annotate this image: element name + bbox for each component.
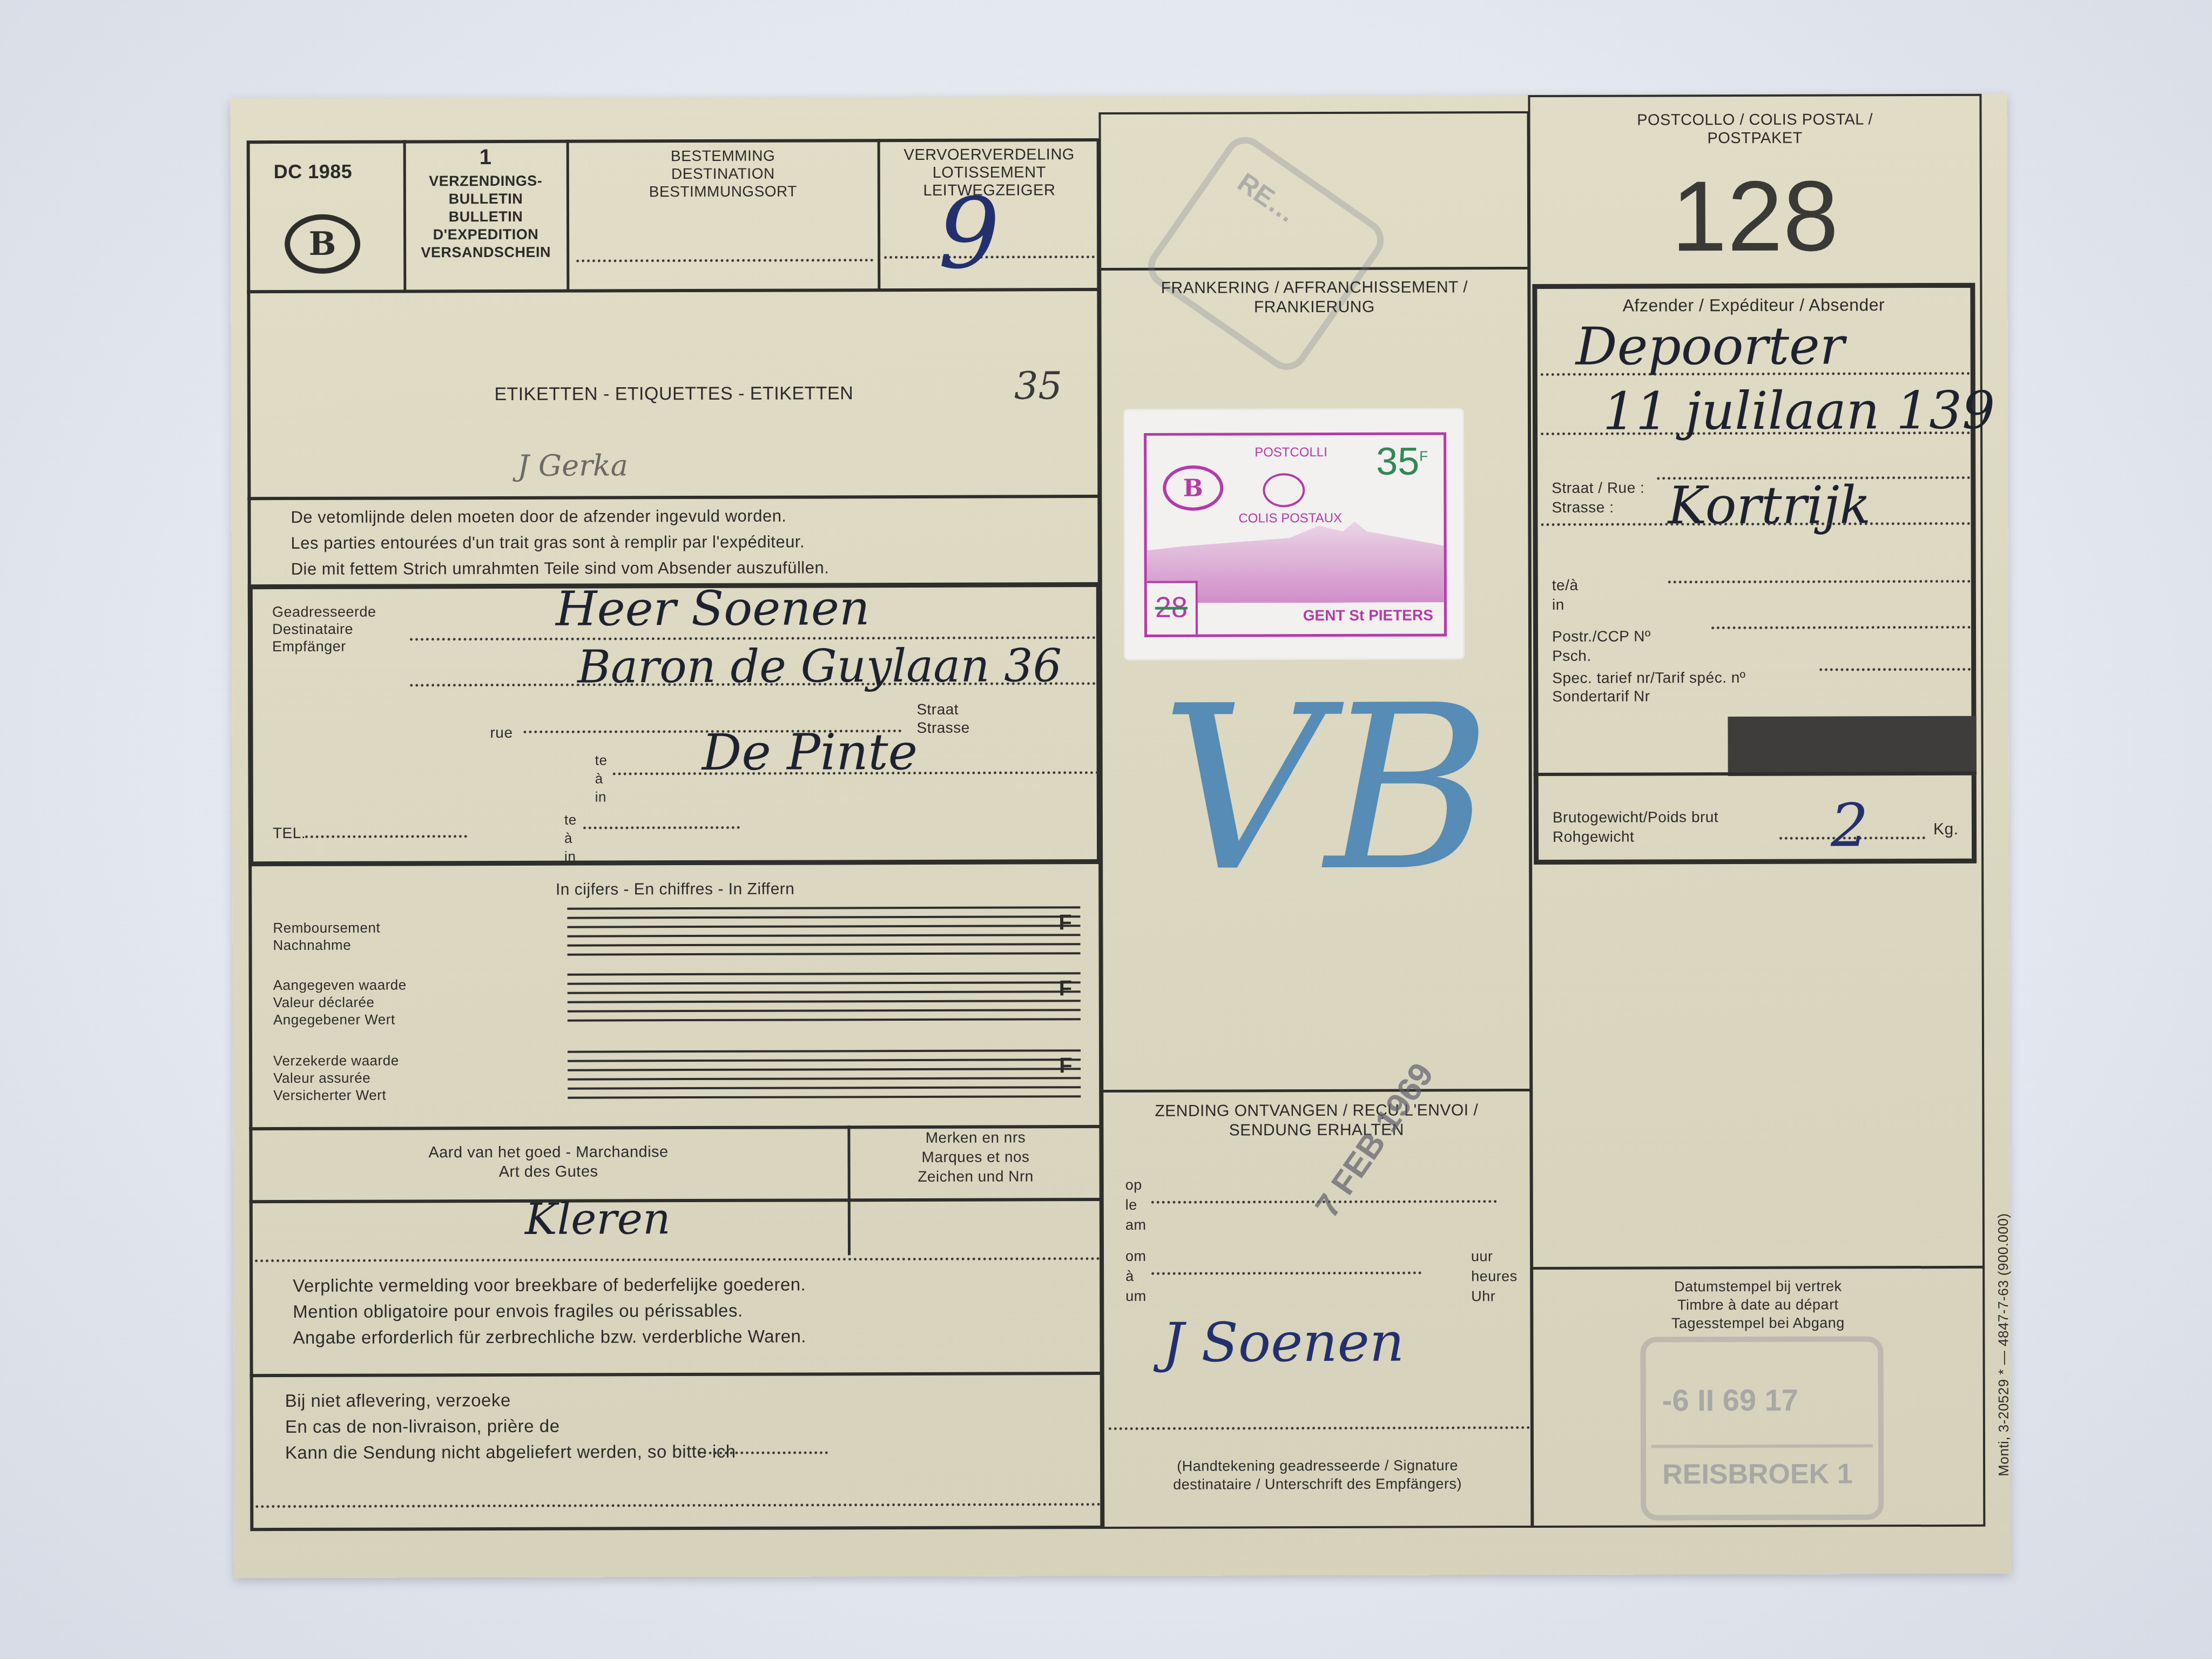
- instruction-line: Kann die Sendung nicht abgeliefert werde…: [285, 1439, 736, 1466]
- label-line: Uhr: [1471, 1286, 1518, 1306]
- label-line: Sondertarif Nr: [1552, 687, 1745, 706]
- tariff-field[interactable]: [1819, 668, 1971, 671]
- pencil-mark: VB: [1161, 657, 1492, 922]
- time-unit-label: uur heures Uhr: [1471, 1246, 1518, 1306]
- label-line: POSTPAKET: [1528, 129, 1982, 148]
- departure-stamp-label: Datumstempel bij vertrek Timbre à date a…: [1531, 1277, 1985, 1333]
- label-line: POSTCOLLO / COLIS POSTAL /: [1528, 110, 1981, 130]
- label-line: Destinataire: [272, 621, 376, 638]
- parcel-dispatch-form: DC 1985 B 1 VERZENDINGS- BULLETIN BULLET…: [230, 94, 2011, 1579]
- sncb-logo-icon: B: [1163, 465, 1223, 510]
- printer-imprint: Monti, 3-20529 * — 4847-7-63 (900.000): [1995, 1213, 2012, 1476]
- label-line: à: [564, 829, 577, 847]
- recipient-name: Heer Soenen: [556, 580, 870, 637]
- postmark-rule: [1651, 1444, 1873, 1448]
- label-line: Rohgewicht: [1553, 827, 1718, 847]
- instruction-line: De vetomlijnde delen moeten door de afze…: [291, 503, 829, 530]
- tel-city-field[interactable]: [583, 826, 740, 829]
- instruction-line: Die mit fettem Strich umrahmten Teile si…: [291, 555, 829, 582]
- label-line: ZENDING ONTVANGEN / REÇU L'ENVOI /: [1101, 1101, 1532, 1121]
- label-line: om: [1125, 1246, 1147, 1266]
- tariff-label: Spec. tarief nr/Tarif spéc. nº Sondertar…: [1552, 669, 1745, 706]
- label-line: Remboursement: [273, 919, 380, 937]
- destination-label: BESTEMMING DESTINATION BESTIMMUNGSORT: [570, 146, 876, 200]
- post-horn-icon: [1263, 473, 1305, 507]
- currency-label: F: [1059, 976, 1073, 1001]
- stamp-station: GENT St PIETERS: [1303, 606, 1433, 624]
- label-line: Verzekerde waarde: [273, 1052, 399, 1070]
- instructions: De vetomlijnde delen moeten door de afze…: [291, 503, 829, 582]
- parcel-number: 128: [1528, 159, 1982, 274]
- label-line: am: [1125, 1215, 1147, 1235]
- label-line: le: [1125, 1195, 1147, 1215]
- tel-city-label: te à in: [564, 811, 577, 866]
- value: 35: [1376, 440, 1419, 483]
- departure-postmark-place: REISBROEK 1: [1662, 1458, 1853, 1491]
- label-line: à: [1125, 1266, 1147, 1286]
- stamp-value-new: 35F: [1376, 440, 1428, 484]
- label-line: Brutogewicht/Poids brut: [1553, 807, 1718, 827]
- receipt-title: ZENDING ONTVANGEN / REÇU L'ENVOI / SENDU…: [1101, 1101, 1532, 1141]
- notice-line: Angabe erforderlich für zerbrechliche bz…: [293, 1324, 806, 1351]
- goods-marks-label: Merken en nrs Marques et nos Zeichen und…: [851, 1128, 1100, 1186]
- label-line: Aangegeven waarde: [273, 976, 407, 994]
- amount-row-label: Aangegeven waarde Valeur déclarée Angege…: [273, 976, 407, 1028]
- label-line: Merken en nrs: [851, 1128, 1100, 1148]
- doc-type: VERZENDINGS- BULLETIN BULLETIN D'EXPEDIT…: [406, 172, 565, 262]
- label-line: à: [595, 769, 608, 787]
- currency-label: F: [1058, 911, 1072, 935]
- label-line: Straat / Rue :: [1552, 478, 1644, 497]
- label-line: te: [595, 751, 608, 769]
- labels-pencil-note: J Gerka: [517, 448, 628, 483]
- label-line: heures: [1471, 1266, 1518, 1286]
- signature-caption: (Handtekening geadresseerde / Signature …: [1102, 1456, 1533, 1494]
- stamp-sub-text: COLIS POSTAUX: [1238, 511, 1342, 527]
- weight-unit: Kg.: [1933, 820, 1959, 839]
- label-line: op: [1125, 1175, 1147, 1195]
- label-line: te: [564, 811, 577, 829]
- goods-nature-value: Kleren: [525, 1193, 671, 1244]
- label-line: in: [1552, 595, 1579, 615]
- recipient-city: De Pinte: [702, 723, 918, 781]
- insured-value-field[interactable]: [568, 1049, 1081, 1105]
- label-line: Tagesstempel bei Abgang: [1531, 1313, 1985, 1333]
- instruction-line: En cas de non-livraison, prière de: [285, 1413, 736, 1440]
- divider: [567, 140, 570, 291]
- recipient-label: Geadresseerde Destinataire Empfänger: [272, 603, 376, 656]
- instruction-line: Les parties entourées d'un trait gras so…: [291, 529, 829, 556]
- sender-street-label: Straat / Rue : Strasse :: [1552, 478, 1644, 517]
- street-label-rue: rue: [490, 724, 512, 741]
- receipt-time-label: om à um: [1125, 1246, 1147, 1306]
- label-line: Valeur déclarée: [273, 993, 407, 1011]
- label-line: Marques et nos: [852, 1147, 1100, 1167]
- labels-title: ETIKETTEN - ETIQUETTES - ETIKETTEN: [247, 382, 1101, 406]
- label-line: Straat: [916, 700, 970, 719]
- label-line: FRANKERING / AFFRANCHISSEMENT /: [1099, 278, 1529, 298]
- label-line: Zeichen und Nrn: [852, 1166, 1100, 1186]
- currency-label: F: [1059, 1054, 1073, 1078]
- label-line: Spec. tarief nr/Tarif spéc. nº: [1552, 669, 1745, 687]
- sncb-logo-icon: B: [285, 214, 360, 274]
- doc-type-line: BULLETIN: [406, 208, 565, 226]
- form-code: DC 1985: [274, 160, 353, 183]
- tel-label: TEL.: [273, 825, 306, 842]
- parcel-header: POSTCOLLO / COLIS POSTAL / POSTPAKET: [1528, 110, 1981, 148]
- amounts-header: In cijfers - En chiffres - In Ziffern: [248, 879, 1102, 900]
- stamp-frame: B POSTCOLLI COLIS POSTAUX 35F 28 GENT St…: [1144, 432, 1447, 637]
- label-line: Empfänger: [272, 638, 376, 656]
- recipient-street: Baron de Guylaan 36: [577, 639, 1062, 693]
- doc-type-line: VERZENDINGS-: [406, 172, 565, 191]
- non-delivery-label: Bij niet aflevering, verzoeke En cas de …: [285, 1387, 736, 1466]
- weight-label: Brutogewicht/Poids brut Rohgewicht: [1553, 807, 1718, 847]
- label-line: Geadresseerde: [272, 603, 376, 621]
- city-label: te à in: [595, 751, 608, 806]
- label-line: um: [1125, 1286, 1147, 1306]
- label-line: Nachnahme: [273, 936, 380, 954]
- sender-city-label: te/à in: [1552, 576, 1579, 615]
- doc-type-line: D'EXPEDITION: [406, 226, 565, 244]
- label-line: Strasse: [916, 719, 970, 737]
- label-line: in: [564, 847, 577, 866]
- instruction-line: Bij niet aflevering, verzoeke: [285, 1387, 736, 1414]
- reserved-block: [1728, 716, 1976, 776]
- label-line: Psch.: [1552, 646, 1651, 665]
- label-line: VERVOERVERDELING: [881, 146, 1097, 164]
- sender-name: Depoorter: [1575, 315, 1844, 376]
- label-line: BESTEMMING: [570, 146, 876, 165]
- declared-value-field[interactable]: [568, 972, 1081, 1028]
- copy-number: 1: [406, 145, 565, 170]
- non-delivery-field[interactable]: [698, 1451, 828, 1454]
- amount-row-label: Verzekerde waarde Valeur assurée Versich…: [273, 1052, 399, 1104]
- routing-value: 9: [938, 178, 1000, 291]
- tel-field[interactable]: [305, 835, 467, 838]
- label-line: BESTIMMUNGSORT: [570, 182, 876, 200]
- goods-nature-label: Aard van het goed - Marchandise Art des …: [249, 1142, 847, 1182]
- label-line: in: [595, 787, 608, 806]
- label-line: Art des Gutes: [249, 1161, 848, 1182]
- notice-line: Verplichte vermelding voor breekbare of …: [293, 1272, 806, 1299]
- amount-row-label: Remboursement Nachnahme: [273, 919, 380, 954]
- unit: F: [1419, 448, 1428, 464]
- divider: [878, 139, 881, 290]
- label-line: (Handtekening geadresseerde / Signature: [1102, 1456, 1533, 1475]
- label-line: SENDUNG ERHALTEN: [1101, 1120, 1532, 1141]
- divider: [847, 1125, 851, 1255]
- sender-city: Kortrijk: [1668, 475, 1871, 536]
- label-line: Valeur assurée: [273, 1069, 399, 1087]
- stamp-top-text: POSTCOLLI: [1255, 445, 1327, 460]
- street-label-right: Straat Strasse: [916, 700, 970, 737]
- postage-stamp: B POSTCOLLI COLIS POSTAUX 35F 28 GENT St…: [1125, 409, 1463, 659]
- label-line: Postr./CCP Nº: [1552, 626, 1651, 646]
- label-line: Versicherter Wert: [273, 1086, 399, 1104]
- receipt-date-label: op le am: [1125, 1175, 1147, 1235]
- sender-street: 11 julilaan 139: [1603, 380, 1995, 442]
- value: 28: [1155, 591, 1188, 624]
- departure-postmark-date: -6 II 69 17: [1662, 1382, 1798, 1418]
- label-line: Aard van het goed - Marchandise: [249, 1142, 847, 1163]
- doc-type-line: BULLETIN: [406, 190, 565, 208]
- stamp-value-old: 28: [1147, 581, 1198, 635]
- label-line: destinataire / Unterschrift des Empfänge…: [1102, 1474, 1533, 1494]
- labels-note: 35: [1014, 363, 1062, 408]
- doc-type-line: VERSANDSCHEIN: [406, 244, 565, 262]
- logo-letter: B: [309, 225, 336, 263]
- label-line: te/à: [1552, 576, 1579, 595]
- franking-label: FRANKERING / AFFRANCHISSEMENT / FRANKIER…: [1099, 278, 1529, 318]
- fragile-notice: Verplichte vermelding voor breekbare of …: [293, 1272, 806, 1351]
- label-line: DESTINATION: [570, 164, 876, 183]
- weight-value: 2: [1831, 791, 1869, 860]
- label-line: uur: [1471, 1246, 1518, 1266]
- sender-title: Afzender / Expéditeur / Absender: [1532, 295, 1975, 316]
- notice-line: Mention obligatoire pour envois fragiles…: [293, 1298, 806, 1325]
- label-line: Datumstempel bij vertrek: [1531, 1277, 1985, 1296]
- label-line: Strasse :: [1552, 497, 1644, 517]
- label-line: FRANKIERUNG: [1099, 297, 1529, 318]
- recipient-signature: J Soenen: [1162, 1311, 1404, 1374]
- departure-postmark: -6 II 69 17 REISBROEK 1: [1640, 1336, 1884, 1520]
- ccp-label: Postr./CCP Nº Psch.: [1552, 626, 1651, 665]
- label-line: Angegebener Wert: [273, 1010, 407, 1028]
- label-line: Timbre à date au départ: [1531, 1295, 1985, 1314]
- cod-amount-field[interactable]: [567, 906, 1080, 962]
